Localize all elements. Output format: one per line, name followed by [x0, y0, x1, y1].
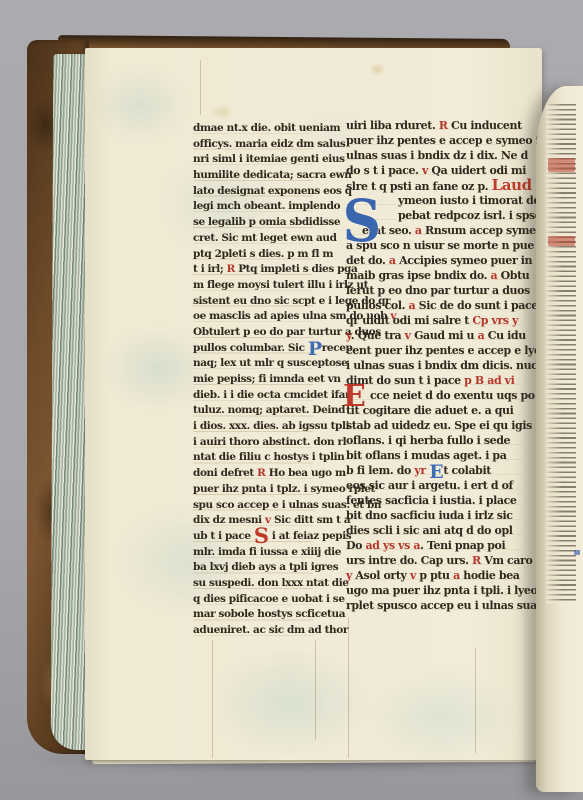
text-run: officys. maria eidz dm salus — [193, 138, 345, 150]
manuscript-line: cent puer ihz pentes e accep e lyeo — [346, 343, 522, 358]
text-run: b fi lem. do — [346, 464, 414, 477]
text-run: Ho bea ugo m — [269, 467, 346, 479]
manuscript-line: i auiri thoro abstinct. don rl — [193, 435, 313, 451]
manuscript-line: oflans. i qi herba fullo i sede — [346, 433, 522, 448]
manuscript-line: doni defret R Ho bea ugo m — [193, 466, 313, 482]
manuscript-line: ba lxvj dieb ays a tpli igres — [193, 560, 313, 576]
edge-blue-mark — [574, 550, 580, 555]
manuscript-line: mie pepiss; fi imnda eet vn — [193, 372, 313, 388]
manuscript-page: dmae nt.x die. obit ueniamofficys. maria… — [85, 48, 542, 760]
manuscript-line: b fi lem. do yr Et colabit — [346, 463, 522, 478]
manuscript-line: pullos columbar. Sic Precep — [193, 341, 313, 357]
manuscript-line: naq; lex ut mlr q susceptose — [193, 356, 313, 372]
text-run: bit dno sacficiu iuda i irlz sic — [346, 509, 513, 522]
manuscript-line: mlr. imda fi iussa e xiiij die — [193, 545, 313, 561]
text-run: Gaud mi u — [414, 329, 478, 342]
text-run: adueniret. ac sic dm ad thor — [193, 624, 348, 636]
text-run: Cp vrs y — [472, 314, 518, 327]
manuscript-line: maib gras ipse bndix do. a Obtu — [346, 268, 522, 283]
manuscript-line: tuluz. nomq; aptaret. Deind — [193, 403, 313, 419]
manuscript-line: dies scli i sic ani atq d do opl — [346, 523, 522, 538]
text-run: p B ad vi — [464, 374, 514, 387]
text-run: tit cogitare die aduet e. a qui — [346, 404, 513, 417]
text-run: dieb. i i die octa cmcidet ifan — [193, 389, 352, 401]
manuscript-line: y Asol orty v p ptu a hodie bea — [346, 568, 522, 583]
manuscript-line: y. Que tra v Gaud mi u a Cu idu — [346, 328, 522, 343]
manuscript-line: legi mch obeant. implendo — [193, 199, 313, 215]
text-run: hodie bea — [463, 569, 519, 582]
text-run: Ptq impleti s dies pga — [238, 263, 357, 275]
text-run: Cu inducent — [451, 119, 522, 132]
manuscript-line: ntat die filiu c hostys i tplin — [193, 450, 313, 466]
text-run: Asol orty — [355, 569, 410, 582]
text-run: ymeon iusto i timorat de — [398, 194, 540, 207]
text-run: ulnas suas i bndix dz i dix. Ne d — [346, 149, 528, 162]
text-run: lerut p eo dno par turtur a duos — [346, 284, 530, 297]
text-run: uiri liba rduret. — [346, 119, 439, 132]
manuscript-line: puer ihz pentes e accep e symeo i — [346, 133, 522, 148]
text-run: ad ys vs a — [366, 539, 421, 552]
text-column-left: dmae nt.x die. obit ueniamofficys. maria… — [193, 121, 313, 641]
manuscript-line: spu sco accep e i ulnas suas. et bn — [193, 498, 313, 514]
text-run: p ptu — [419, 569, 453, 582]
text-run: det do. — [346, 254, 389, 267]
text-run: ntat die filiu c hostys i tplin — [193, 451, 344, 463]
text-run: mie pepiss; fi imnda eet vn — [193, 373, 341, 385]
text-run: rplet spusco accep eu i ulnas suas — [346, 599, 543, 612]
text-run: i at feiaz pepis — [269, 530, 352, 542]
manuscript-line: se legalib p omia sbdidisse — [193, 215, 313, 231]
text-run: nri siml i itemiae genti eius — [193, 153, 345, 165]
manuscript-line: pullos col. a Sic de do sunt i pace — [346, 298, 522, 313]
text-run: lato designat exponens eos q — [193, 185, 352, 197]
text-run: Obtu — [501, 269, 530, 282]
text-run: ub t i pace — [193, 530, 254, 542]
text-run: su suspedi. don lxxx ntat die — [193, 577, 349, 589]
text-run: . Que tra — [351, 329, 405, 342]
text-run: humilite dedicata; sacra ewn — [193, 169, 352, 181]
manuscript-line: ub t i pace S i at feiaz pepis — [193, 529, 313, 545]
text-run: cret. Sic mt leget ewn aud — [193, 232, 337, 244]
text-run: bit oflans i mudas aget. i pa — [346, 449, 506, 462]
text-run: . Teni pnap poi — [420, 539, 505, 552]
text-run: fentes sacficia i iustia. i place — [346, 494, 517, 507]
text-run: ptq 2pleti s dies. p m fl m — [193, 248, 333, 260]
edge-rubric-mark — [548, 158, 575, 172]
text-run: Do — [346, 539, 366, 552]
manuscript-line: i ulnas suas i bndix dm dicis. nuc — [346, 358, 522, 373]
text-run: do s t i pace. — [346, 164, 422, 177]
manuscript-line: uiri liba rduret. R Cu inducent — [346, 118, 522, 133]
text-run: R — [439, 119, 451, 132]
text-run: dies scli i sic ani atq d do opl — [346, 524, 513, 537]
illuminated-initial-s: S — [343, 192, 382, 250]
manuscript-line: t i irl; R Ptq impleti s dies pga — [193, 262, 313, 278]
text-run: pullos col. — [346, 299, 408, 312]
ruling-line — [315, 640, 316, 740]
text-run: m flege moysi tulert illu i irlz ut — [193, 279, 368, 291]
manuscript-line: i dios. xxx. dies. ab igssu tpli — [193, 419, 313, 435]
edge-rubric-mark — [548, 236, 575, 246]
text-run: q dies pificacoe e uobat i se — [193, 593, 345, 605]
manuscript-line: puer ihz pnta i tplz. i symeo rplet — [193, 482, 313, 498]
rubricated-initial-e: E — [343, 382, 366, 412]
text-run: ugo ma puer ihz pnta i tpli. i lyeo — [346, 584, 537, 597]
text-run: a — [389, 254, 399, 267]
manuscript-line: det do. a Accipies symeo puer in — [346, 253, 522, 268]
text-run: v — [410, 569, 419, 582]
text-run: t colabit — [443, 464, 491, 477]
text-run: i ulnas suas i bndix dm dicis. nuc — [346, 359, 537, 372]
manuscript-line: ptq 2pleti s dies. p m fl m — [193, 247, 313, 263]
text-run: R — [257, 467, 269, 479]
manuscript-line: lerut p eo dno par turtur a duos — [346, 283, 522, 298]
manuscript-line: officys. maria eidz dm salus — [193, 137, 313, 153]
manuscript-line: dieb. i i die octa cmcidet ifan — [193, 388, 313, 404]
text-run: a — [490, 269, 500, 282]
text-run: mlr. imda fi iussa e xiiij die — [193, 546, 341, 558]
text-run: Sic ditt sm t a — [274, 514, 350, 526]
manuscript-line: cce neiet d do exentu uqs po — [346, 388, 522, 403]
text-run: cent puer ihz pentes e accep e lyeo — [346, 344, 548, 357]
manuscript-line: qr uidit odi mi salre t Cp vrs y — [346, 313, 522, 328]
text-run: eos sic aur i argetu. i ert d of — [346, 479, 513, 492]
text-run: naq; lex ut mlr q susceptose — [193, 357, 347, 369]
text-run: pebat redpcoz isrl. i spsco — [398, 209, 548, 222]
compressed-edge-text — [546, 104, 576, 604]
text-run: ba lxvj dieb ays a tpli igres — [193, 561, 338, 573]
ruling-line — [348, 618, 349, 758]
manuscript-line: eos sic aur i argetu. i ert d of — [346, 478, 522, 493]
manuscript-line: Do ad ys vs a. Teni pnap poi — [346, 538, 522, 553]
text-run: cce neiet d do exentu uqs po — [370, 389, 535, 402]
text-run: i auiri thoro abstinct. don rl — [193, 436, 346, 448]
text-run: v — [422, 164, 431, 177]
text-run: se legalib p omia sbdidisse — [193, 216, 340, 228]
text-run: stab ad uidedz eu. Spe ei qu igis — [346, 419, 532, 432]
manuscript-line: lato designat exponens eos q — [193, 184, 313, 200]
text-run: doni defret — [193, 467, 257, 479]
text-run: t i irl; — [193, 263, 227, 275]
text-run: v — [405, 329, 414, 342]
text-run: mar sobole hostys scficetua — [193, 608, 345, 620]
manuscript-line: bit dno sacficiu iuda i irlz sic — [346, 508, 522, 523]
text-run: Rnsum accep symeon — [425, 224, 550, 237]
manuscript-line: q dies pificacoe e uobat i se — [193, 592, 313, 608]
text-run: y — [346, 569, 355, 582]
ruling-line — [475, 648, 476, 753]
manuscript-line: mar sobole hostys scficetua — [193, 607, 313, 623]
manuscript-line: stab ad uidedz eu. Spe ei qu igis — [346, 418, 522, 433]
text-run: pullos columbar. Sic — [193, 342, 308, 354]
manuscript-line: sistent eu dno sic scpt e i lege do qr — [193, 294, 313, 310]
manuscript-line: dmae nt.x die. obit ueniam — [193, 121, 313, 137]
text-run: maib gras ipse bndix do. — [346, 269, 490, 282]
text-run: Vm caro — [484, 554, 532, 567]
text-run: Laud — [492, 176, 532, 194]
next-page-edge — [536, 86, 583, 792]
text-run: R — [227, 263, 239, 275]
manuscript-line: ugo ma puer ihz pnta i tpli. i lyeo — [346, 583, 522, 598]
manuscript-line: urs intre do. Cap urs. R Vm caro — [346, 553, 522, 568]
manuscript-line: m flege moysi tulert illu i irlz ut — [193, 278, 313, 294]
text-run: a — [453, 569, 463, 582]
manuscript-line: rplet spusco accep eu i ulnas suas — [346, 598, 522, 613]
text-run: oflans. i qi herba fullo i sede — [346, 434, 510, 447]
manuscript-line: dimt do sun t i pace p B ad vi — [346, 373, 522, 388]
text-run: legi mch obeant. implendo — [193, 200, 340, 212]
text-run: Sic de do sunt i pace — [419, 299, 538, 312]
text-run: puer ihz pentes e accep e symeo i — [346, 134, 539, 147]
text-run: a — [478, 329, 488, 342]
text-run: i dios. xxx. dies. ab igssu tpli — [193, 420, 349, 432]
ruling-line — [212, 640, 213, 758]
text-run: a — [408, 299, 418, 312]
manuscript-line: adueniret. ac sic dm ad thor — [193, 623, 313, 639]
manuscript-line: tit cogitare die aduet e. a qui — [346, 403, 522, 418]
text-run: qr uidit odi mi salre t — [346, 314, 472, 327]
manuscript-line: Obtulert p eo do par turtur a duos — [193, 325, 313, 341]
text-run: Accipies symeo puer in — [399, 254, 532, 267]
manuscript-line: su suspedi. don lxxx ntat die — [193, 576, 313, 592]
text-run: tuluz. nomq; aptaret. Deind — [193, 404, 345, 416]
text-run: R — [472, 554, 484, 567]
text-run: a — [415, 224, 425, 237]
manuscript-line: fentes sacficia i iustia. i place — [346, 493, 522, 508]
manuscript-line: oe masclis ad apies ulna sm do uob v — [193, 309, 313, 325]
text-run: Cu idu — [488, 329, 526, 342]
manuscript-line: humilite dedicata; sacra ewn — [193, 168, 313, 184]
text-run: yr — [414, 464, 429, 477]
text-run: dmae nt.x die. obit ueniam — [193, 122, 340, 134]
manuscript-line: cret. Sic mt leget ewn aud — [193, 231, 313, 247]
text-run: urs intre do. Cap urs. — [346, 554, 472, 567]
manuscript-line: nri siml i itemiae genti eius — [193, 152, 313, 168]
manuscript-line: ulnas suas i bndix dz i dix. Ne d — [346, 148, 522, 163]
ruling-line — [200, 60, 201, 115]
